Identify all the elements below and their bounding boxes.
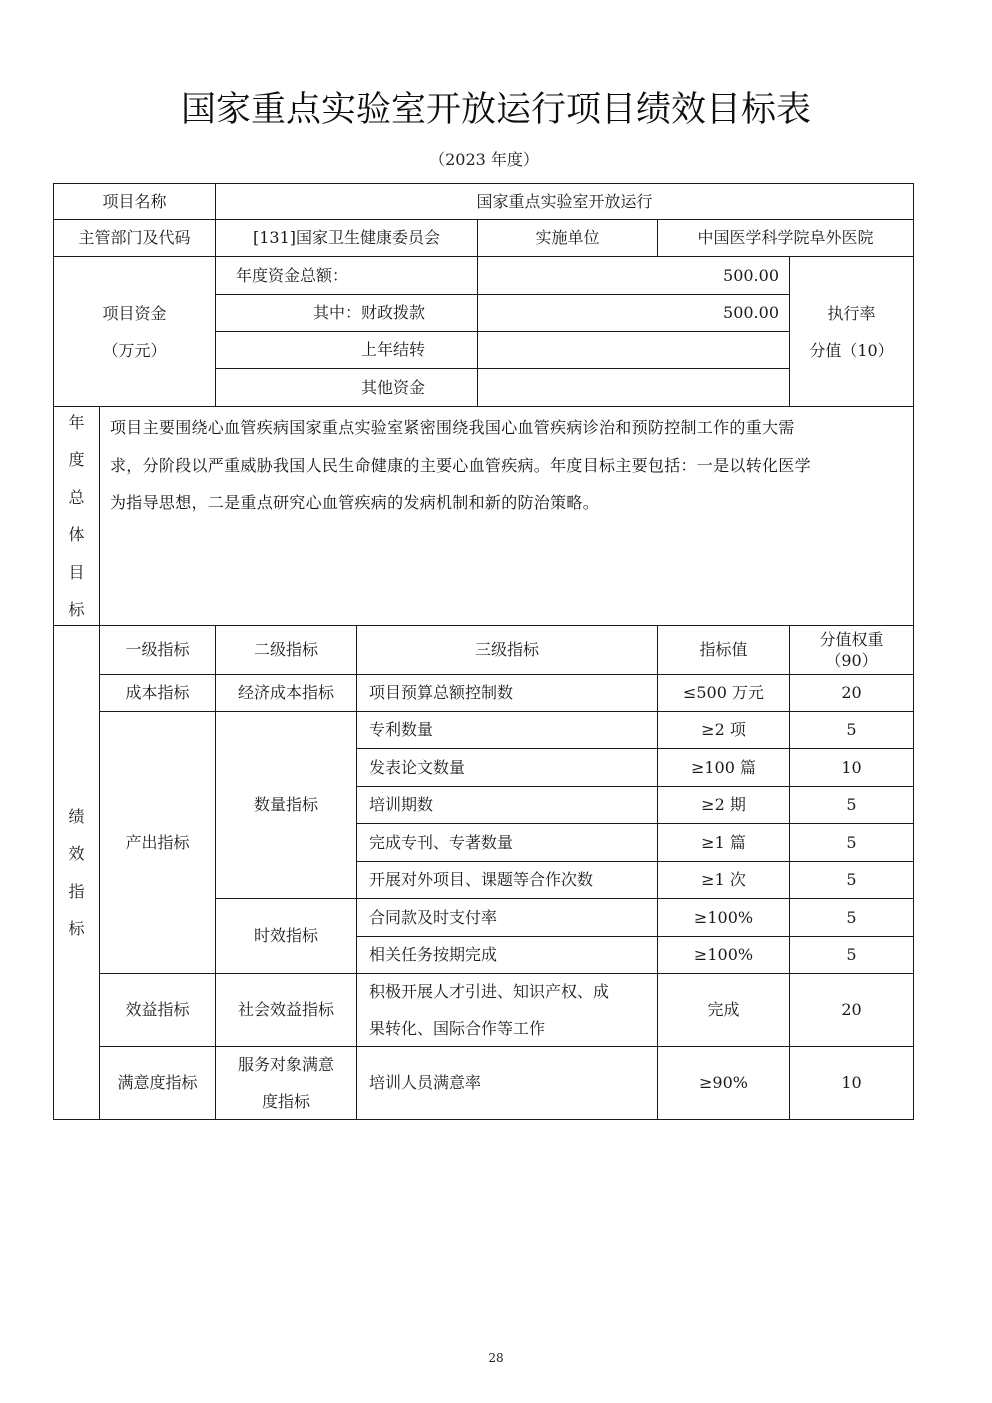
level3-item: 专利数量 bbox=[356, 711, 658, 749]
funding-label-line1: 项目资金 bbox=[102, 295, 166, 332]
level3-item: 积极开展人才引进、知识产权、成 果转化、国际合作等工作 bbox=[356, 973, 658, 1047]
annual-goal-char: 目 bbox=[68, 554, 84, 592]
indicator-value: ≥90% bbox=[657, 1046, 790, 1120]
funding-label-line2: （万元） bbox=[102, 332, 166, 369]
indicator-weight: 5 bbox=[789, 898, 914, 937]
annual-goal-line: 求，分阶段以严重威胁我国人民生命健康的主要心血管疾病。年度目标主要包括：一是以转… bbox=[110, 447, 905, 485]
annual-goal-line: 为指导思想，二是重点研究心血管疾病的发病机制和新的防治策略。 bbox=[110, 484, 905, 522]
funding-fiscal-label: 其中：财政拨款 bbox=[215, 294, 478, 332]
level3-item-line2: 果转化、国际合作等工作 bbox=[369, 1010, 545, 1047]
annual-goal-char: 体 bbox=[68, 516, 84, 554]
level2-timeliness: 时效指标 bbox=[215, 898, 357, 974]
level2-economic-cost: 经济成本指标 bbox=[215, 674, 357, 712]
annual-goal-char: 标 bbox=[68, 591, 84, 629]
header-value: 指标值 bbox=[657, 625, 790, 675]
indicator-value: ≥1 次 bbox=[657, 861, 790, 899]
level2-service-satisfaction-line2: 度指标 bbox=[262, 1083, 310, 1120]
level3-item: 完成专刊、专著数量 bbox=[356, 823, 658, 862]
level2-service-satisfaction: 服务对象满意 度指标 bbox=[215, 1046, 357, 1120]
execution-rate-line1: 执行率 bbox=[827, 295, 875, 332]
performance-char: 效 bbox=[68, 835, 84, 873]
funding-other-label: 其他资金 bbox=[215, 368, 478, 407]
funding-total-value: 500.00 bbox=[477, 256, 790, 295]
performance-char: 绩 bbox=[68, 798, 84, 836]
indicator-weight: 20 bbox=[789, 973, 914, 1047]
indicator-weight: 20 bbox=[789, 674, 914, 712]
indicator-weight: 10 bbox=[789, 748, 914, 787]
funding-carryover-value bbox=[477, 331, 790, 369]
annual-goal-text: 项目主要围绕心血管疾病国家重点实验室紧密围绕我国心血管疾病诊治和预防控制工作的重… bbox=[100, 407, 915, 627]
level3-item: 培训期数 bbox=[356, 786, 658, 824]
indicator-weight: 5 bbox=[789, 936, 914, 974]
funding-total-label: 年度资金总额： bbox=[215, 256, 478, 295]
execution-rate-label: 执行率 分值（10） bbox=[789, 256, 914, 407]
indicator-value: ≥1 篇 bbox=[657, 823, 790, 862]
project-name-value: 国家重点实验室开放运行 bbox=[215, 183, 914, 220]
level3-item: 相关任务按期完成 bbox=[356, 936, 658, 974]
level1-benefit: 效益指标 bbox=[99, 973, 216, 1047]
project-name-label: 项目名称 bbox=[53, 183, 216, 220]
level3-item: 开展对外项目、课题等合作次数 bbox=[356, 861, 658, 899]
annual-goal-label: 年 度 总 体 目 标 bbox=[53, 406, 100, 626]
indicator-weight: 5 bbox=[789, 786, 914, 824]
funding-carryover-label: 上年结转 bbox=[215, 331, 478, 369]
page-number: 28 bbox=[0, 1351, 992, 1365]
level1-satisfaction: 满意度指标 bbox=[99, 1046, 216, 1120]
indicator-value: ≤500 万元 bbox=[657, 674, 790, 712]
indicator-value: ≥100% bbox=[657, 898, 790, 937]
performance-char: 指 bbox=[68, 873, 84, 911]
annual-goal-char: 年 bbox=[68, 404, 84, 442]
header-level1: 一级指标 bbox=[99, 625, 216, 675]
dept-value: [131]国家卫生健康委员会 bbox=[215, 219, 478, 257]
level2-social-benefit: 社会效益指标 bbox=[215, 973, 357, 1047]
header-level3: 三级指标 bbox=[356, 625, 658, 675]
level3-item: 培训人员满意率 bbox=[356, 1046, 658, 1120]
header-weight-line1: 分值权重 bbox=[819, 629, 883, 650]
header-weight-line2: （90） bbox=[825, 650, 877, 671]
impl-unit-value: 中国医学科学院阜外医院 bbox=[657, 219, 914, 257]
indicator-value: ≥2 期 bbox=[657, 786, 790, 824]
level2-quantity: 数量指标 bbox=[215, 711, 357, 899]
annual-goal-char: 总 bbox=[68, 479, 84, 517]
indicator-weight: 5 bbox=[789, 711, 914, 749]
indicator-value: ≥100 篇 bbox=[657, 748, 790, 787]
header-weight: 分值权重 （90） bbox=[789, 625, 914, 675]
level1-output: 产出指标 bbox=[99, 711, 216, 974]
impl-unit-label: 实施单位 bbox=[477, 219, 658, 257]
funding-fiscal-value: 500.00 bbox=[477, 294, 790, 332]
performance-label: 绩 效 指 标 bbox=[53, 625, 100, 1120]
level3-item-line1: 积极开展人才引进、知识产权、成 bbox=[369, 973, 609, 1010]
funding-label: 项目资金 （万元） bbox=[53, 256, 216, 407]
level3-item: 发表论文数量 bbox=[356, 748, 658, 787]
indicator-weight: 5 bbox=[789, 823, 914, 862]
funding-other-value bbox=[477, 368, 790, 407]
dept-label: 主管部门及代码 bbox=[53, 219, 216, 257]
indicator-value: 完成 bbox=[657, 973, 790, 1047]
execution-rate-line2: 分值（10） bbox=[809, 332, 893, 369]
indicator-value: ≥2 项 bbox=[657, 711, 790, 749]
performance-goal-table: 项目名称 国家重点实验室开放运行 主管部门及代码 [131]国家卫生健康委员会 … bbox=[0, 0, 992, 1403]
annual-goal-char: 度 bbox=[68, 441, 84, 479]
level1-cost: 成本指标 bbox=[99, 674, 216, 712]
level2-service-satisfaction-line1: 服务对象满意 bbox=[238, 1046, 334, 1083]
indicator-weight: 10 bbox=[789, 1046, 914, 1120]
performance-char: 标 bbox=[68, 910, 84, 948]
header-level2: 二级指标 bbox=[215, 625, 357, 675]
indicator-value: ≥100% bbox=[657, 936, 790, 974]
indicator-weight: 5 bbox=[789, 861, 914, 899]
annual-goal-line: 项目主要围绕心血管疾病国家重点实验室紧密围绕我国心血管疾病诊治和预防控制工作的重… bbox=[110, 409, 905, 447]
level3-item: 项目预算总额控制数 bbox=[356, 674, 658, 712]
level3-item: 合同款及时支付率 bbox=[356, 898, 658, 937]
